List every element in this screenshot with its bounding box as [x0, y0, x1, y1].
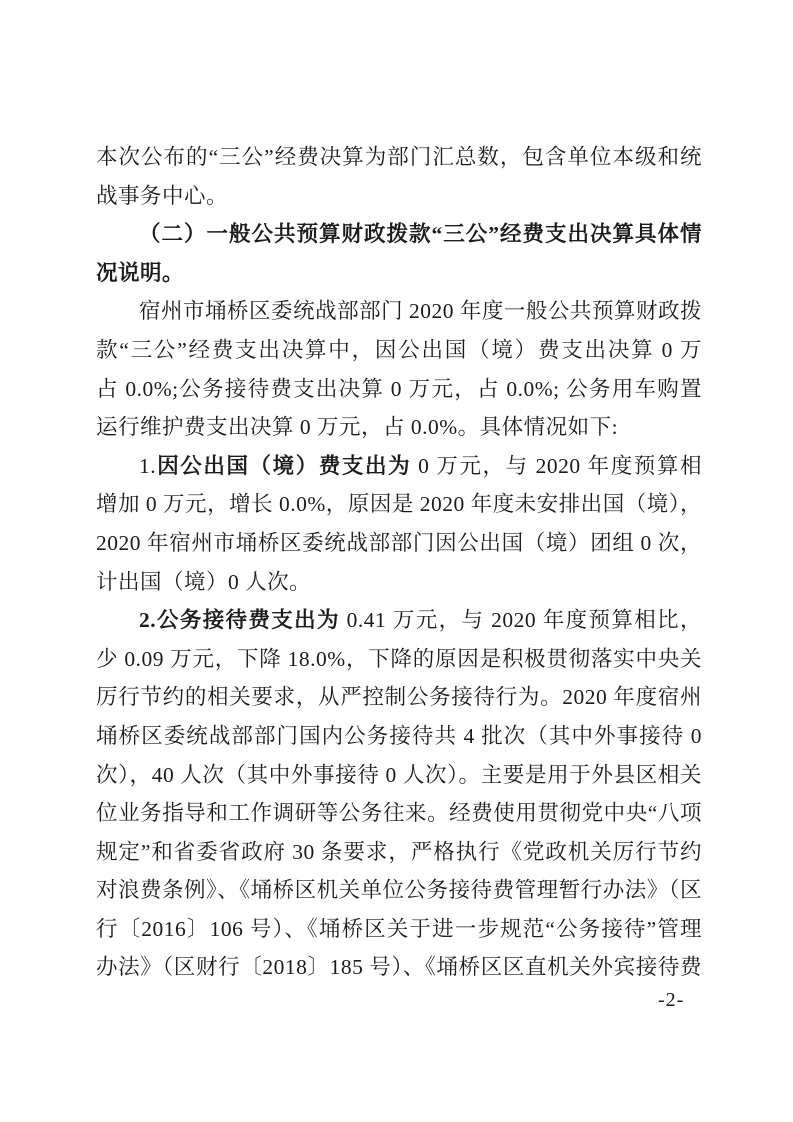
text-segment: 计出国（境）0 人次。	[96, 570, 311, 594]
text-line: 运行维护费支出决算 0 万元，占 0.0%。具体情况如下:	[96, 408, 702, 447]
text-segment: 1.	[139, 454, 156, 478]
text-line: 计出国（境）0 人次。	[96, 563, 702, 602]
document-page: 本次公布的“三公”经费决算为部门汇总数，包含单位本级和统战事务中心。（二）一般公…	[0, 0, 793, 1122]
text-segment: 次），40 人次（其中外事接待 0 人次）。主要是用于外县区相关单	[96, 763, 702, 795]
document-body: 本次公布的“三公”经费决算为部门汇总数，包含单位本级和统战事务中心。（二）一般公…	[96, 138, 702, 987]
text-line: 对浪费条例》、《埇桥区机关单位公务接待费管理暂行办法》（区财	[96, 871, 702, 910]
text-segment: 厉行节约的相关要求，从严控制公务接待行为。2020 年度宿州市	[96, 685, 702, 717]
text-line: 少 0.09 万元，下降 18.0%，下降的原因是积极贯彻落实中央关于	[96, 640, 702, 679]
text-line: 增加 0 万元，增长 0.0%，原因是 2020 年度未安排出国（境），故	[96, 485, 702, 524]
text-segment: 对浪费条例》、《埇桥区机关单位公务接待费管理暂行办法》（区财	[96, 878, 702, 910]
text-segment: （二）一般公共预算财政拨款“三公”经费支出决算具体情	[139, 222, 702, 246]
text-line: 厉行节约的相关要求，从严控制公务接待行为。2020 年度宿州市	[96, 678, 702, 717]
text-line: 1.因公出国（境）费支出为 0 万元，与 2020 年度预算相比，	[96, 447, 702, 486]
text-line: （二）一般公共预算财政拨款“三公”经费支出决算具体情	[96, 215, 702, 254]
text-segment: 运行维护费支出决算 0 万元，占 0.0%。具体情况如下:	[96, 415, 618, 439]
text-line: 规定”和省委省政府 30 条要求，严格执行《党政机关厉行节约反	[96, 833, 702, 872]
bold-text-segment: 因公出国（境）费支出为	[156, 454, 411, 478]
text-segment: 2020 年宿州市埇桥区委统战部部门因公出国（境）团组 0 次，累	[96, 531, 702, 563]
text-line: 位业务指导和工作调研等公务往来。经费使用贯彻党中央“八项	[96, 794, 702, 833]
text-segment: 本次公布的“三公”经费决算为部门汇总数，包含单位本级和统	[96, 145, 702, 169]
text-line: 宿州市埇桥区委统战部部门 2020 年度一般公共预算财政拨	[96, 292, 702, 331]
text-segment: 位业务指导和工作调研等公务往来。经费使用贯彻党中央“八项	[96, 801, 702, 825]
text-segment: 占 0.0%;公务接待费支出决算 0 万元，占 0.0%; 公务用车购置及	[96, 377, 702, 409]
text-line: 况说明。	[96, 254, 702, 293]
text-segment: 少 0.09 万元，下降 18.0%，下降的原因是积极贯彻落实中央关于	[96, 647, 702, 679]
text-line: 埇桥区委统战部部门国内公务接待共 4 批次（其中外事接待 0 批	[96, 717, 702, 756]
text-segment: 款“三公”经费支出决算中，因公出国（境）费支出决算 0 万元，	[96, 338, 702, 370]
page-number: -2-	[658, 988, 684, 1012]
text-line: 战事务中心。	[96, 177, 702, 216]
text-line: 2020 年宿州市埇桥区委统战部部门因公出国（境）团组 0 次，累	[96, 524, 702, 563]
text-segment: 埇桥区委统战部部门国内公务接待共 4 批次（其中外事接待 0 批	[96, 724, 702, 756]
text-line: 占 0.0%;公务接待费支出决算 0 万元，占 0.0%; 公务用车购置及	[96, 370, 702, 409]
text-line: 办法》（区财行〔2018〕185 号）、《埇桥区区直机关外宾接待费管	[96, 948, 702, 987]
text-line: 行〔2016〕106 号）、《埇桥区关于进一步规范“公务接待”管理	[96, 910, 702, 949]
text-segment: 办法》（区财行〔2018〕185 号）、《埇桥区区直机关外宾接待费管	[96, 955, 702, 987]
text-segment: 宿州市埇桥区委统战部部门 2020 年度一般公共预算财政拨	[139, 299, 702, 323]
text-line: 2.公务接待费支出为 0.41 万元，与 2020 年度预算相比，减	[96, 601, 702, 640]
text-line: 本次公布的“三公”经费决算为部门汇总数，包含单位本级和统	[96, 138, 702, 177]
text-line: 次），40 人次（其中外事接待 0 人次）。主要是用于外县区相关单	[96, 756, 702, 795]
text-segment: 行〔2016〕106 号）、《埇桥区关于进一步规范“公务接待”管理	[96, 917, 702, 941]
text-line: 款“三公”经费支出决算中，因公出国（境）费支出决算 0 万元，	[96, 331, 702, 370]
text-segment: 增加 0 万元，增长 0.0%，原因是 2020 年度未安排出国（境），故	[96, 492, 702, 524]
text-segment: 战事务中心。	[96, 184, 228, 208]
text-segment: 规定”和省委省政府 30 条要求，严格执行《党政机关厉行节约反	[96, 840, 702, 872]
text-segment: 况说明。	[96, 261, 184, 285]
bold-text-segment: 2.公务接待费支出为	[139, 608, 340, 632]
